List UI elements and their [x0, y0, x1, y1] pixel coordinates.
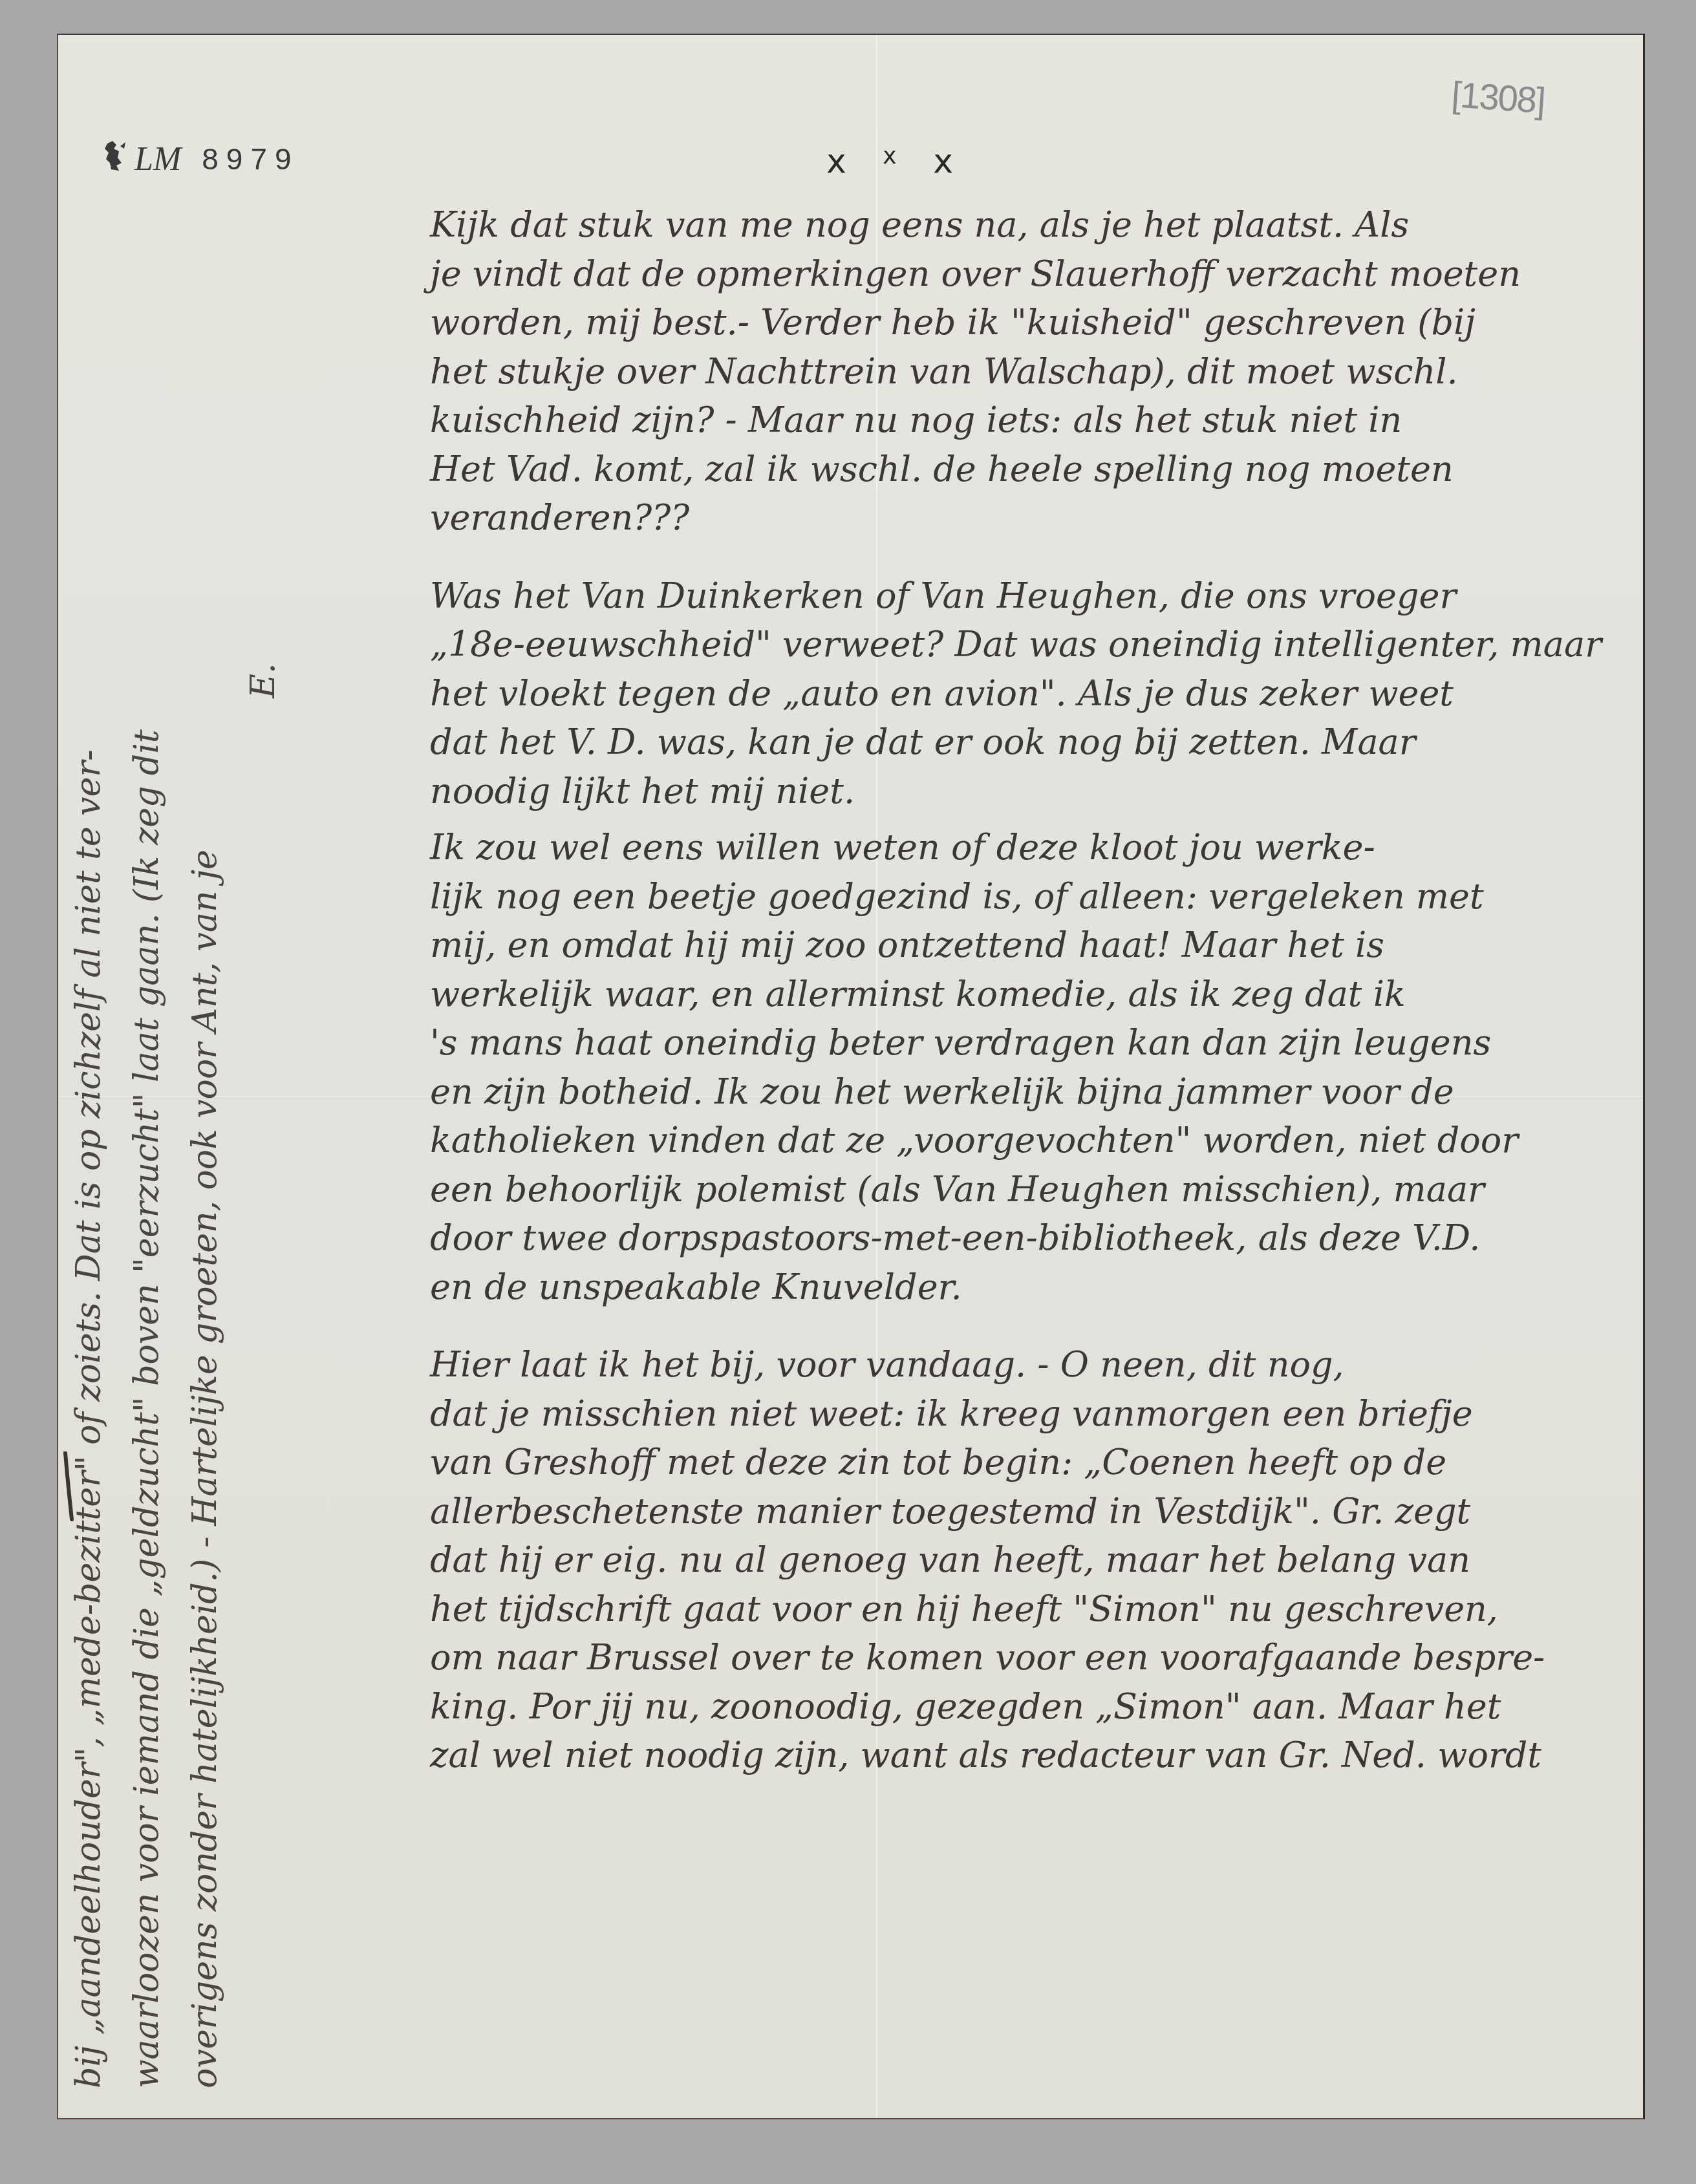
signature-flourish-icon [61, 1451, 74, 1523]
text-line: het stukje over Nachttrein van Walschap)… [333, 347, 1652, 396]
text-line: Ik zou wel eens willen weten of deze klo… [333, 823, 1652, 872]
text-line: dat hij er eig. nu al genoeg van heeft, … [333, 1536, 1652, 1585]
text-line: door twee dorpspastoors-met-een-biblioth… [333, 1214, 1652, 1263]
text-line: dat het V. D. was, kan je dat er ook nog… [333, 718, 1652, 767]
text-line: zal wel niet noodig zijn, want als redac… [333, 1731, 1652, 1780]
paragraph-3: Ik zou wel eens willen weten of deze klo… [333, 823, 1652, 1311]
paragraph-2: Was het Van Duinkerken of Van Heughen, d… [333, 572, 1652, 816]
text-line: worden, mij best.- Verder heb ik "kuishe… [333, 298, 1652, 347]
cross-mark: x [933, 142, 966, 181]
text-line: „18e-eeuwschheid" verweet? Dat was onein… [333, 620, 1652, 669]
text-line: mij, en omdat hij mij zoo ontzettend haa… [333, 921, 1652, 970]
lion-icon [102, 140, 128, 173]
stamp-number: 8979 [202, 142, 299, 177]
text-line: om naar Brussel over te komen voor een v… [333, 1633, 1652, 1682]
text-line: lijk nog een beetje goedgezind is, of al… [333, 872, 1652, 921]
text-line: allerbeschetenste manier toegestemd in V… [333, 1487, 1652, 1536]
text-line: en zijn botheid. Ik zou het werkelijk bi… [333, 1067, 1652, 1117]
text-line: 's mans haat oneindig beter verdragen ka… [333, 1018, 1652, 1067]
text-line: veranderen??? [333, 493, 1652, 542]
text-line: dat je misschien niet weet: ik kreeg van… [333, 1389, 1652, 1439]
margin-note-rotated: bij „aandeelhouder", „mede-bezitter" of … [59, 330, 305, 2088]
signature: E. [234, 330, 292, 2088]
archive-stamp: LM 8979 [102, 140, 299, 178]
text-line: van Greshoff met deze zin tot begin: „Co… [333, 1438, 1652, 1487]
text-line: kuischheid zijn? - Maar nu nog iets: als… [333, 396, 1652, 445]
text-line: werkelijk waar, en allerminst komedie, a… [333, 970, 1652, 1019]
cross-mark: x [826, 142, 859, 181]
stamp-monogram: LM [134, 140, 181, 178]
text-line: Hier laat ik het bij, voor vandaag. - O … [333, 1340, 1652, 1389]
header-crosses: x x x [826, 142, 966, 181]
text-line: katholieken vinden dat ze „voorgevochten… [333, 1116, 1652, 1165]
margin-line: bij „aandeelhouder", „mede-bezitter" of … [59, 330, 118, 2088]
text-line: Het Vad. komt, zal ik wschl. de heele sp… [333, 445, 1652, 494]
text-line: het vloekt tegen de „auto en avion". Als… [333, 669, 1652, 718]
text-line: noodig lijkt het mij niet. [333, 767, 1652, 816]
margin-line: waarloozen voor iemand die „geldzucht" b… [118, 330, 176, 2088]
text-line: king. Por jij nu, zoonoodig, gezegden „S… [333, 1682, 1652, 1731]
text-line: Kijk dat stuk van me nog eens na, als je… [333, 200, 1652, 250]
text-line: je vindt dat de opmerkingen over Slauerh… [333, 250, 1652, 299]
margin-line: overigens zonder hatelijkheid.) - Hartel… [176, 330, 234, 2088]
paragraph-1: Kijk dat stuk van me nog eens na, als je… [333, 200, 1652, 542]
paragraph-4: Hier laat ik het bij, voor vandaag. - O … [333, 1340, 1652, 1780]
letter-body: Kijk dat stuk van me nog eens na, als je… [333, 200, 1652, 1780]
text-line: een behoorlijk polemist (als Van Heughen… [333, 1165, 1652, 1214]
text-line: en de unspeakable Knuvelder. [333, 1263, 1652, 1312]
text-line: Was het Van Duinkerken of Van Heughen, d… [333, 572, 1652, 621]
cross-mark: x [883, 143, 909, 169]
archive-number: [1308] [1450, 73, 1546, 122]
text-line: het tijdschrift gaat voor en hij heeft "… [333, 1585, 1652, 1634]
lion-emblem-icon [102, 140, 128, 178]
